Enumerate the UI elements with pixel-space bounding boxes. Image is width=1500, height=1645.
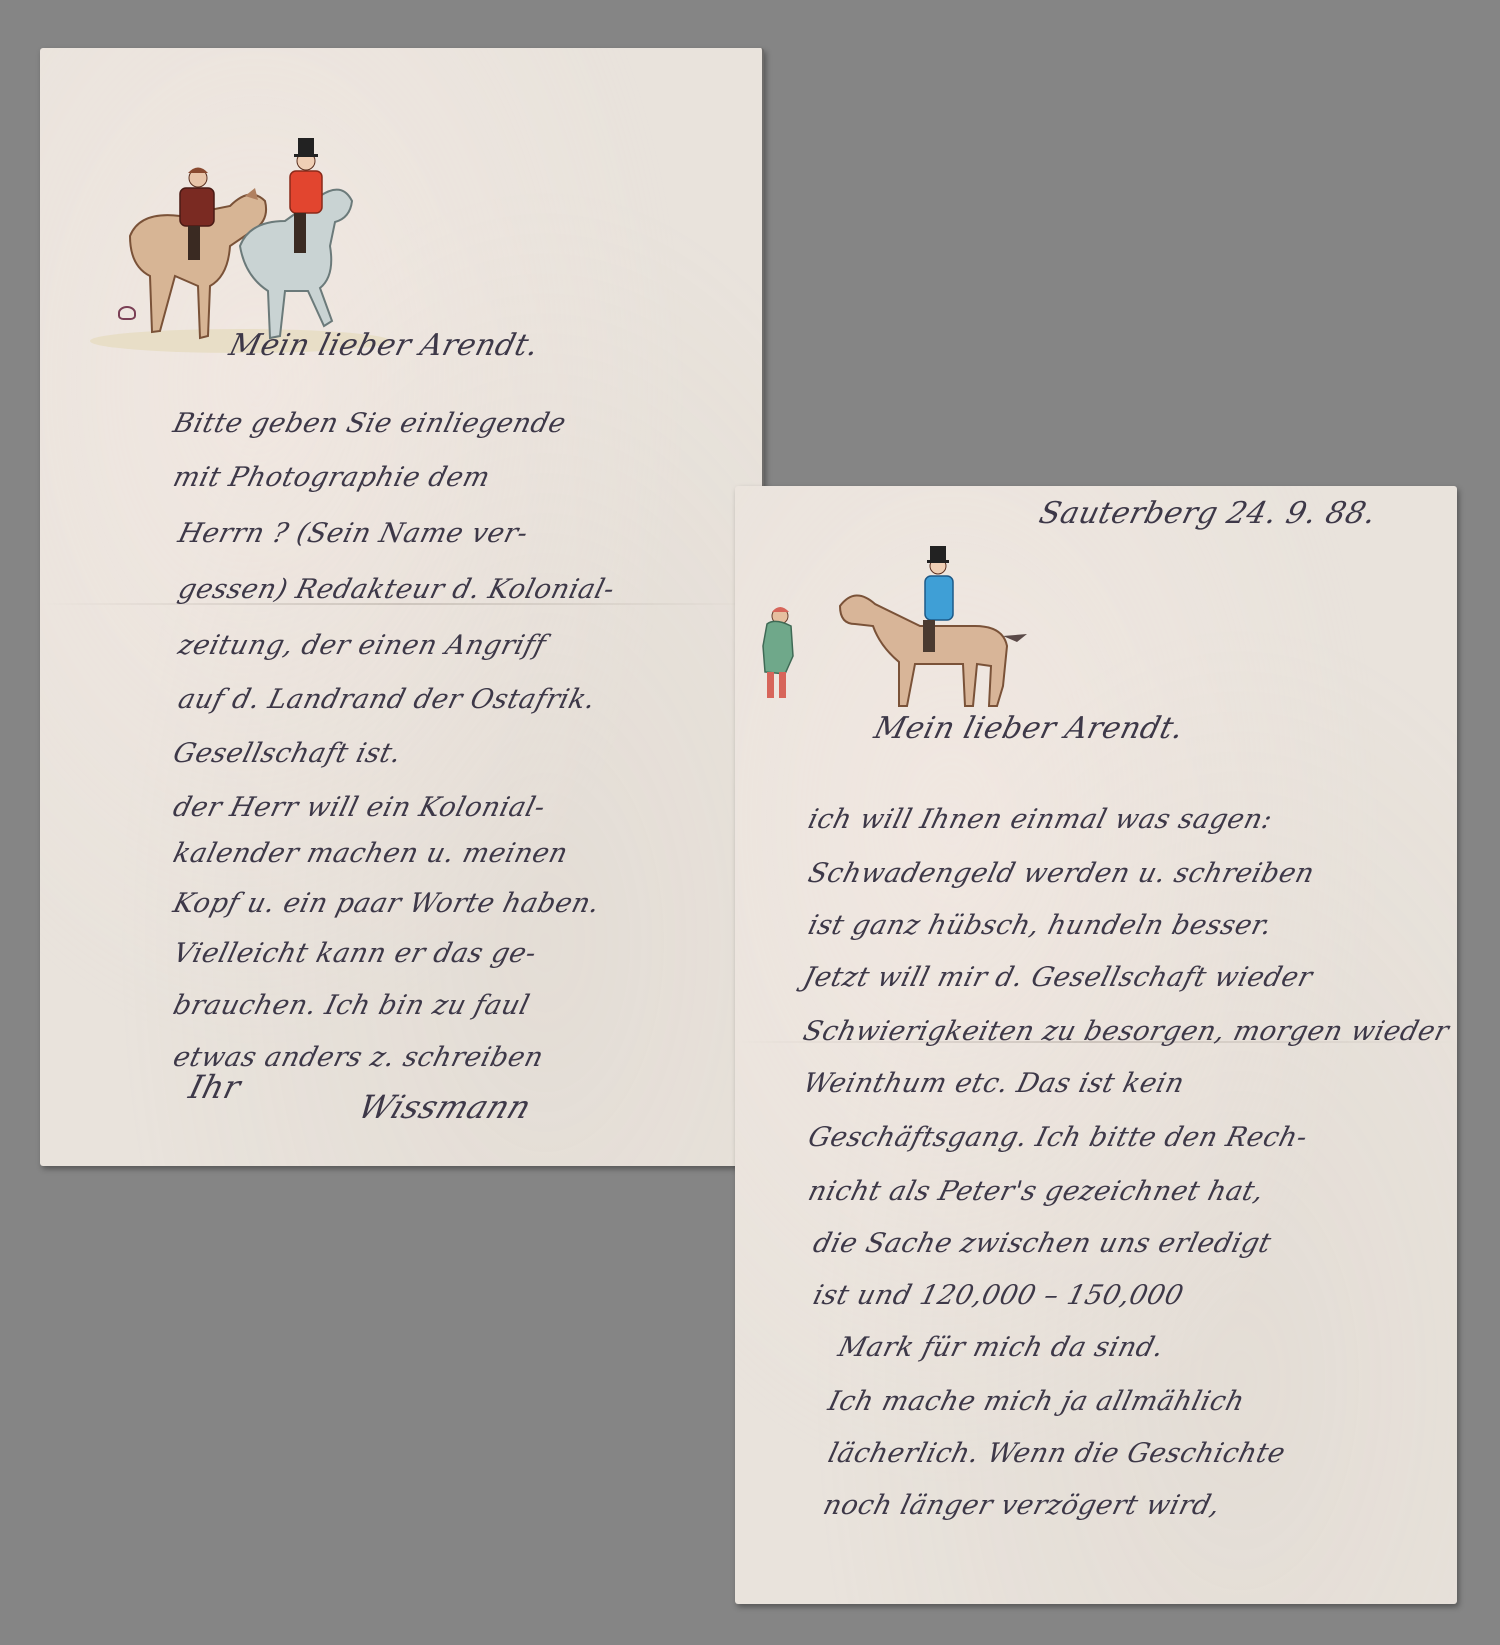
letter-line: Geschäftsgang. Ich bitte den Rech- (805, 1122, 1311, 1153)
letter-line: Jetzt will mir d. Gesellschaft wieder (800, 962, 1316, 993)
letter-line: Schwierigkeiten zu besorgen, morgen wied… (800, 1016, 1452, 1047)
dateline: Sauterberg 24. 9. 88. (1036, 496, 1380, 531)
letter-line: Gesellschaft ist. (170, 738, 405, 769)
letter-line: Mark für mich da sind. (835, 1332, 1167, 1363)
letter-line: Ich mache mich ja allmählich (825, 1386, 1248, 1417)
greeting: Mein lieber Arendt. (871, 711, 1188, 746)
letter-line: mit Photographie dem (170, 462, 493, 493)
letter-line: der Herr will ein Kolonial- (170, 792, 549, 823)
letter-line: brauchen. Ich bin zu faul (170, 990, 533, 1021)
letter-line: Weinthum etc. Das ist kein (800, 1068, 1188, 1099)
letter-line: ist und 120,000 – 150,000 (810, 1280, 1187, 1311)
greeting: Mein lieber Arendt. (226, 328, 543, 363)
letter-line: gessen) Redakteur d. Kolonial- (175, 574, 618, 605)
letter-line: lächerlich. Wenn die Geschichte (825, 1438, 1289, 1469)
monogram-icon (118, 306, 136, 320)
letter-line: die Sache zwischen uns erledigt (810, 1228, 1274, 1259)
letter-line: ist ganz hübsch, hundeln besser. (805, 910, 1275, 941)
letter-line: Schwadengeld werden u. schreiben (805, 858, 1318, 889)
signature: Wissmann (353, 1088, 537, 1126)
closing: Ihr (185, 1068, 245, 1106)
letter-line: auf d. Landrand der Ostafrik. (175, 684, 599, 715)
letter-line: ich will Ihnen einmal was sagen: (805, 804, 1276, 835)
letter-line: Bitte geben Sie einliegende (170, 408, 569, 439)
letter-line: zeitung, der einen Angriff (175, 630, 549, 661)
two-horse-riders-illustration (80, 126, 390, 356)
letter-page-right: Sauterberg 24. 9. 88. Mein lieber Arendt… (735, 486, 1457, 1604)
letter-line: Kopf u. ein paar Worte haben. (170, 888, 603, 919)
letter-line: kalender machen u. meinen (170, 838, 571, 869)
letter-line: nicht als Peter's gezeichnet hat, (805, 1176, 1267, 1207)
letter-line: noch länger verzögert wird, (820, 1490, 1224, 1521)
letter-line: Herrn ? (Sein Name ver- (175, 518, 531, 549)
letter-line: Vielleicht kann er das ge- (170, 938, 540, 969)
letter-page-left: Mein lieber Arendt. Bitte geben Sie einl… (40, 48, 764, 1166)
rider-and-groom-illustration (745, 546, 1035, 716)
